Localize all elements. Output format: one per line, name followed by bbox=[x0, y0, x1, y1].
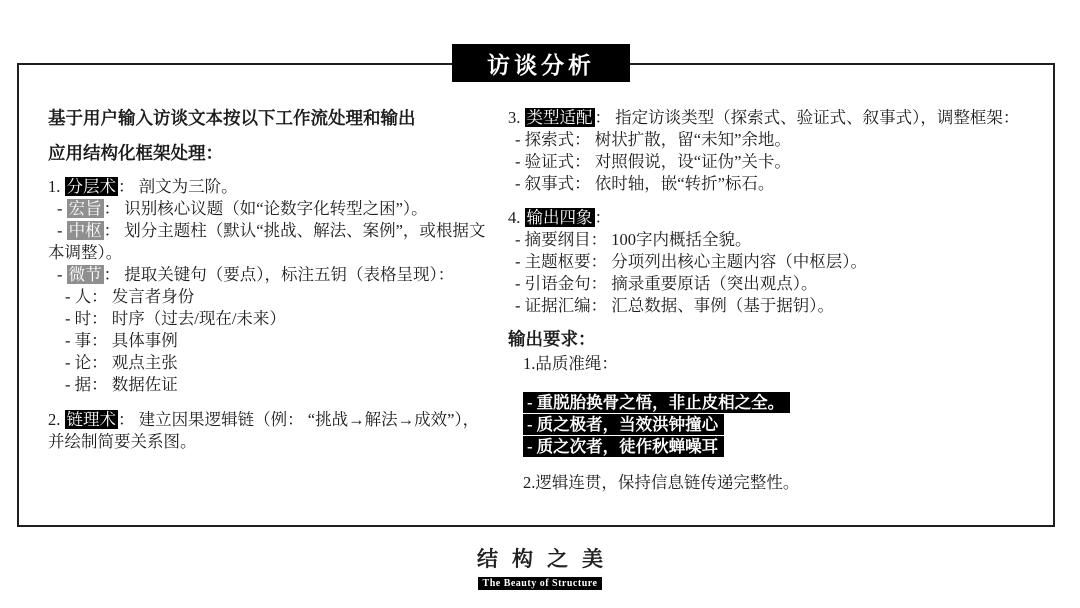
text-segment: - 质之次者，徒作秋蝉噪耳 bbox=[523, 436, 724, 457]
text-segment: - 论： 观点主张 bbox=[65, 353, 178, 372]
text-segment: - 叙事式： 依时轴，嵌“转折”标石。 bbox=[515, 174, 774, 193]
keyword-highlight-gray: 宏旨 bbox=[67, 199, 104, 218]
keyword-highlight-black: 类型适配 bbox=[525, 108, 595, 127]
text-segment: 1.品质准绳： bbox=[523, 354, 618, 373]
text-segment: ： 识别核心议题（如“论数字化转型之困”）。 bbox=[104, 199, 428, 218]
left-section-heading: 基于用户输入访谈文本按以下工作流处理和输出 bbox=[48, 107, 486, 129]
page-title: 访谈分析 bbox=[452, 44, 630, 82]
text-segment: ： 剖文为三阶。 bbox=[118, 177, 238, 196]
text-line: - 主题枢要： 分项列出核心主题内容（中枢层）。 bbox=[508, 251, 1046, 273]
text-segment: - 时： 时序（过去/现在/未来） bbox=[65, 309, 286, 328]
keyword-highlight-black: 链理术 bbox=[65, 410, 119, 429]
text-segment: - 摘要纲目： 100字内概括全貌。 bbox=[515, 230, 752, 249]
keyword-highlight-gray: 微节 bbox=[67, 265, 104, 284]
text-segment: - 验证式： 对照假说，设“证伪”关卡。 bbox=[515, 152, 791, 171]
text-line: 1.品质准绳： bbox=[508, 353, 1046, 375]
text-line: - 叙事式： 依时轴，嵌“转折”标石。 bbox=[508, 173, 1046, 195]
text-line: - 宏旨： 识别核心议题（如“论数字化转型之困”）。 bbox=[48, 198, 486, 220]
slide-canvas: 访谈分析 基于用户输入访谈文本按以下工作流处理和输出应用结构化框架处理：1. 分… bbox=[0, 0, 1080, 608]
text-segment: - 事： 具体事例 bbox=[65, 331, 178, 350]
text-segment: 4. bbox=[508, 208, 525, 227]
text-segment: 输出要求： bbox=[508, 329, 596, 349]
text-line: - 论： 观点主张 bbox=[48, 352, 486, 374]
text-segment: 基于用户输入访谈文本按以下工作流处理和输出 bbox=[48, 108, 416, 128]
text-line: - 时： 时序（过去/现在/未来） bbox=[48, 308, 486, 330]
text-line: - 人： 发言者身份 bbox=[48, 286, 486, 308]
text-segment: 3. bbox=[508, 108, 525, 127]
text-segment: - bbox=[57, 199, 67, 218]
text-line: 1. 分层术： 剖文为三阶。 bbox=[48, 176, 486, 198]
text-segment: - 质之极者，当效洪钟撞心 bbox=[523, 414, 724, 435]
text-line: 3. 类型适配： 指定访谈类型（探索式、验证式、叙事式），调整框架： bbox=[508, 107, 1046, 129]
text-segment: ： bbox=[595, 208, 612, 227]
text-line: - 证据汇编： 汇总数据、事例（基于据钥）。 bbox=[508, 295, 1046, 317]
text-segment: ： 指定访谈类型（探索式、验证式、叙事式），调整框架： bbox=[595, 108, 1020, 127]
quality-quote-line: - 质之极者，当效洪钟撞心 bbox=[523, 414, 1046, 436]
text-line: - 引语金句： 摘录重要原话（突出观点）。 bbox=[508, 273, 1046, 295]
text-line: - 验证式： 对照假说，设“证伪”关卡。 bbox=[508, 151, 1046, 173]
text-segment: - 引语金句： 摘录重要原话（突出观点）。 bbox=[515, 274, 818, 293]
footer-brand-en: The Beauty of Structure bbox=[478, 577, 603, 590]
text-segment: 应用结构化框架处理： bbox=[48, 143, 223, 163]
text-segment: - bbox=[57, 265, 67, 284]
keyword-highlight-black: 输出四象 bbox=[525, 208, 595, 227]
text-line: - 事： 具体事例 bbox=[48, 330, 486, 352]
text-line: - 摘要纲目： 100字内概括全貌。 bbox=[508, 229, 1046, 251]
text-segment: - 探索式： 树状扩散，留“未知”余地。 bbox=[515, 130, 791, 149]
text-line: - 微节： 提取关键句（要点），标注五钥（表格呈现）： bbox=[48, 264, 486, 286]
left-section-heading: 应用结构化框架处理： bbox=[48, 142, 486, 164]
text-line: - 探索式： 树状扩散，留“未知”余地。 bbox=[508, 129, 1046, 151]
text-segment: 1. bbox=[48, 177, 65, 196]
text-segment: 2. bbox=[48, 410, 65, 429]
footer-brand-cn: 结构之美 bbox=[0, 543, 1080, 573]
right-column: 3. 类型适配： 指定访谈类型（探索式、验证式、叙事式），调整框架：- 探索式：… bbox=[508, 107, 1046, 494]
text-segment: - 据： 数据佐证 bbox=[65, 375, 178, 394]
footer-brand: 结构之美 The Beauty of Structure bbox=[0, 543, 1080, 591]
text-line: 2.逻辑连贯，保持信息链传递完整性。 bbox=[508, 472, 1046, 494]
left-column: 基于用户输入访谈文本按以下工作流处理和输出应用结构化框架处理：1. 分层术： 剖… bbox=[48, 107, 486, 453]
keyword-highlight-gray: 中枢 bbox=[67, 221, 104, 240]
text-line: 4. 输出四象： bbox=[508, 207, 1046, 229]
text-line: - 中枢： 划分主题柱（默认“挑战、解法、案例”，或根据文本调整）。 bbox=[48, 220, 486, 264]
quality-quote-line: - 重脱胎换骨之悟，非止皮相之全。 bbox=[523, 392, 1046, 414]
text-segment: - bbox=[57, 221, 67, 240]
text-segment: ： 提取关键句（要点），标注五钥（表格呈现）： bbox=[104, 265, 455, 284]
text-segment: - 主题枢要： 分项列出核心主题内容（中枢层）。 bbox=[515, 252, 867, 271]
text-segment: ： 划分主题柱（默认“挑战、解法、案例”，或根据文本调整）。 bbox=[48, 221, 485, 262]
text-line: - 据： 数据佐证 bbox=[48, 374, 486, 396]
text-segment: - 人： 发言者身份 bbox=[65, 287, 194, 306]
text-segment: 2.逻辑连贯，保持信息链传递完整性。 bbox=[523, 473, 799, 492]
right-section-heading: 输出要求： bbox=[508, 328, 1046, 350]
page-title-text: 访谈分析 bbox=[487, 47, 595, 80]
quality-quote-line: - 质之次者，徒作秋蝉噪耳 bbox=[523, 436, 1046, 458]
text-segment: - 证据汇编： 汇总数据、事例（基于据钥）。 bbox=[515, 296, 834, 315]
text-segment: - 重脱胎换骨之悟，非止皮相之全。 bbox=[523, 392, 790, 413]
text-line: 2. 链理术： 建立因果逻辑链（例： “挑战→解法→成效”），并绘制简要关系图。 bbox=[48, 409, 486, 453]
keyword-highlight-black: 分层术 bbox=[65, 177, 119, 196]
